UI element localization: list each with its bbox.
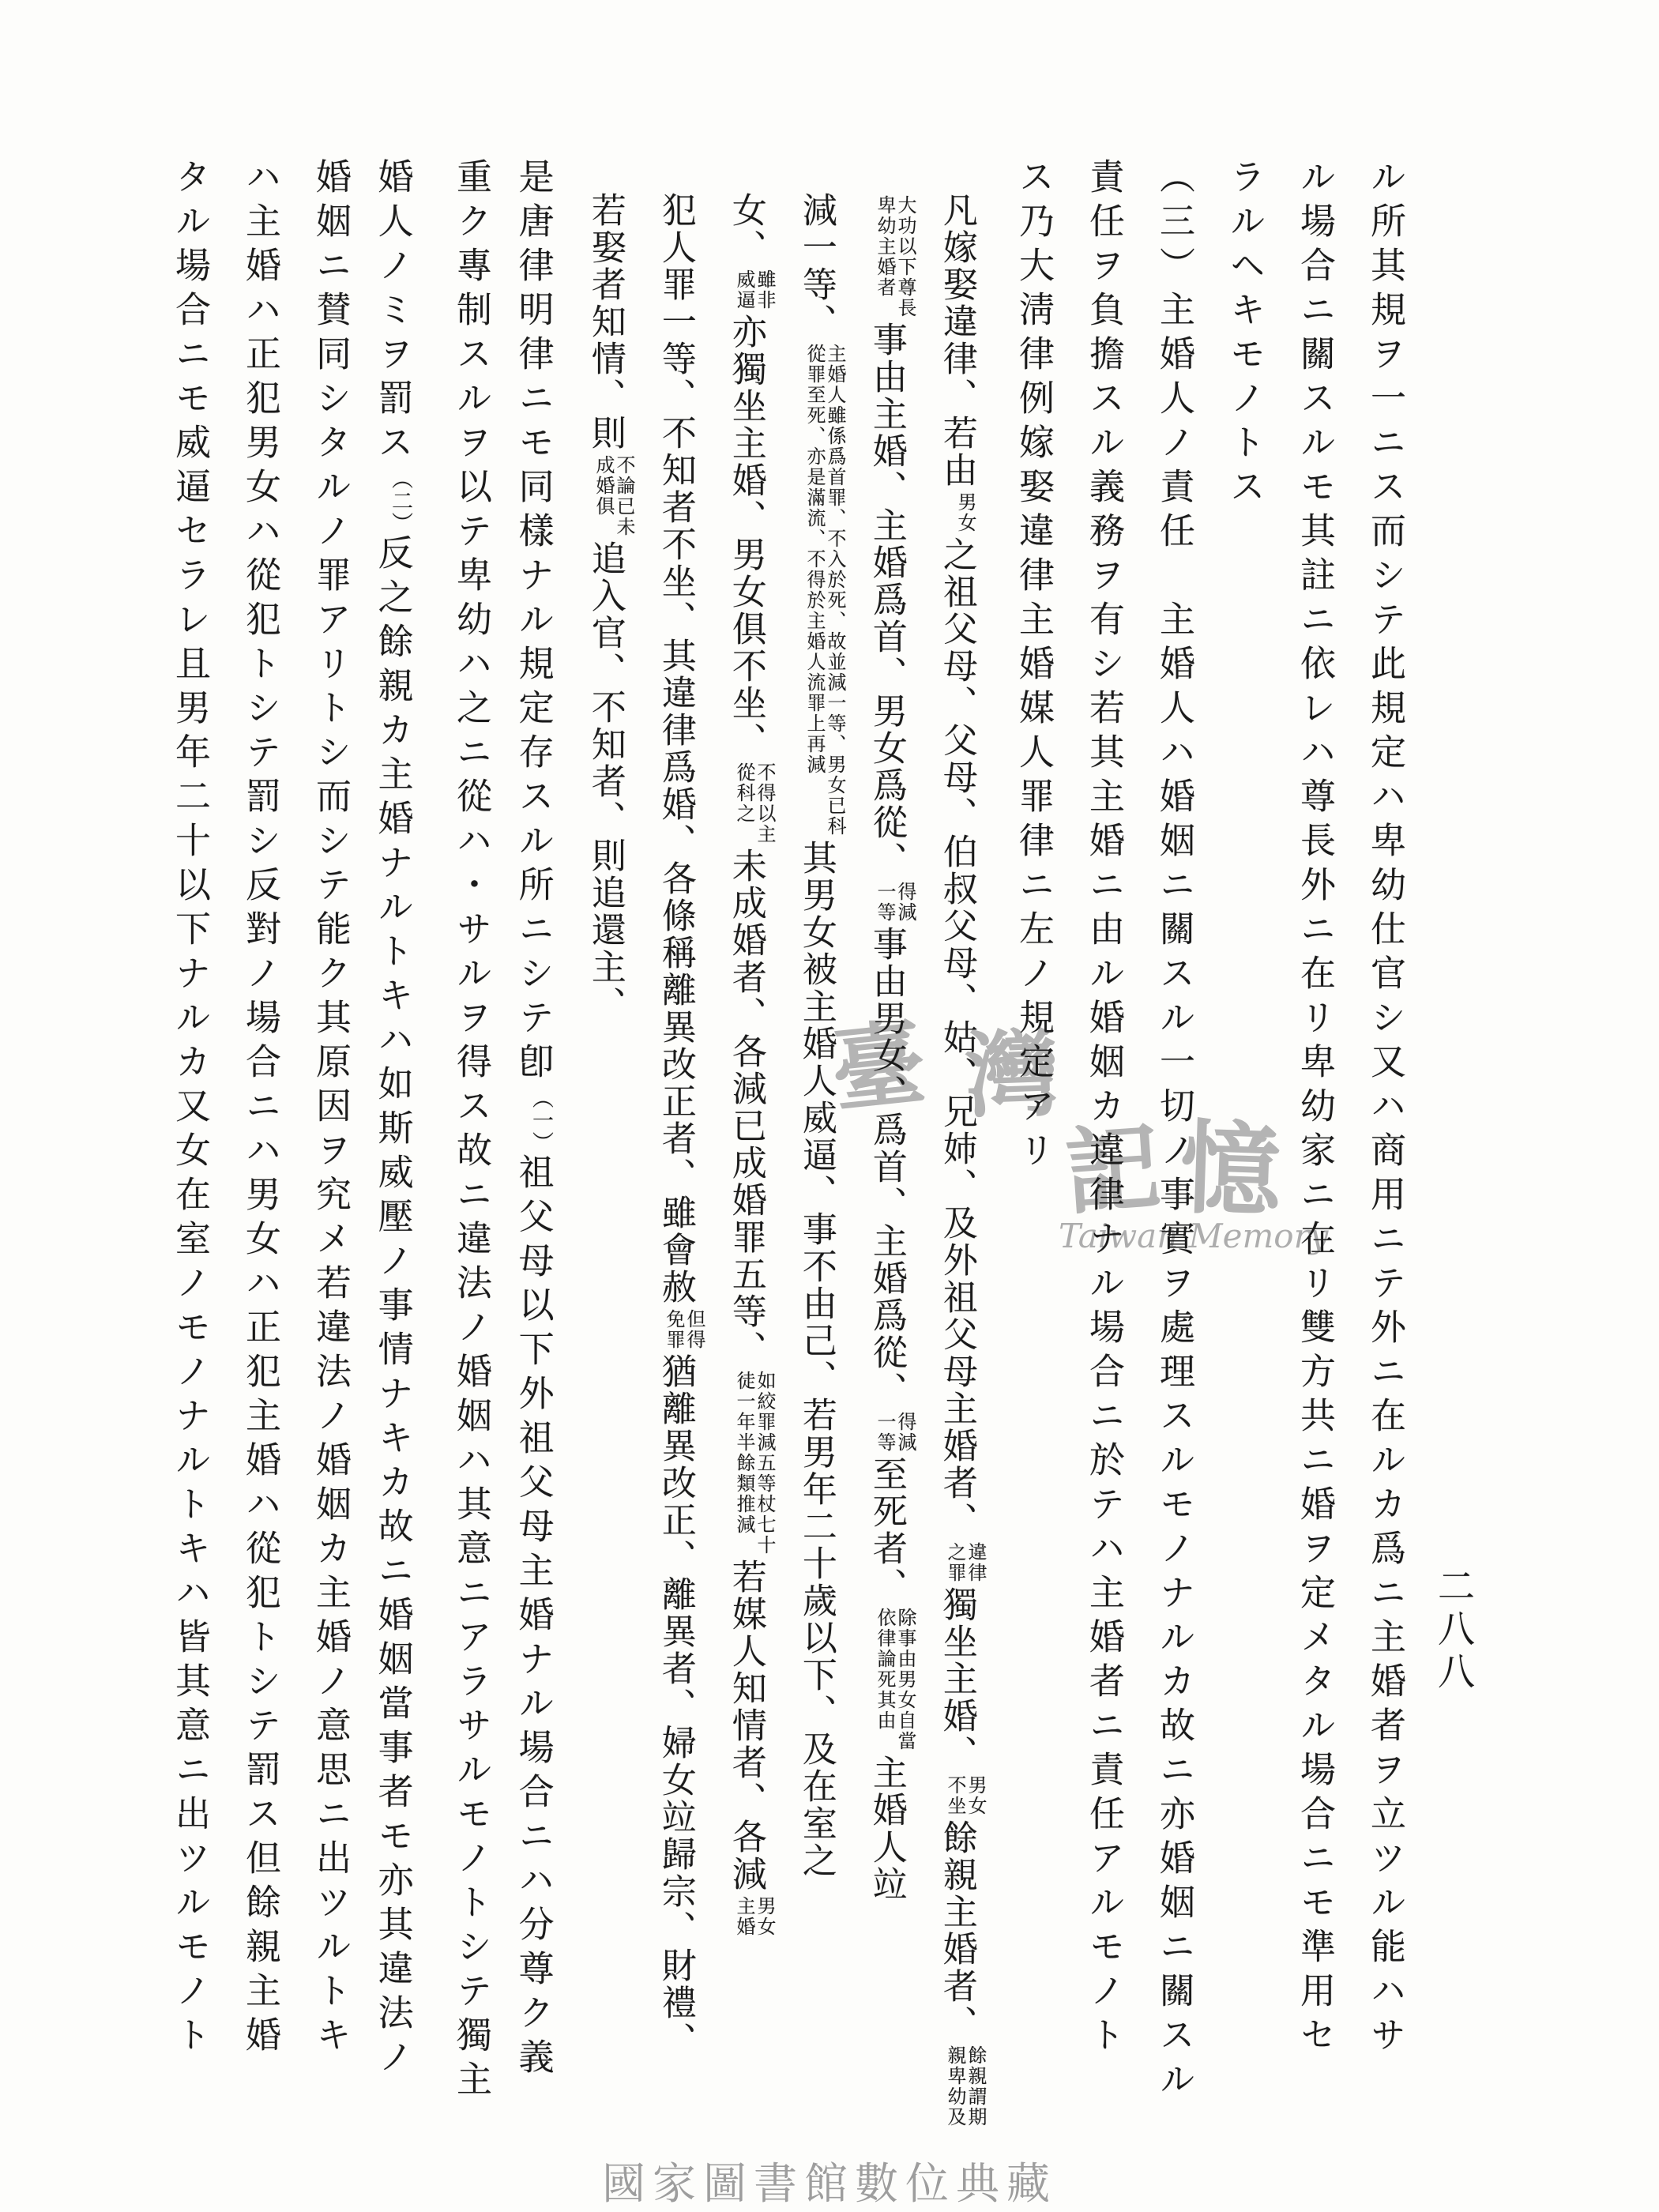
- text-column-15: 婚人ノミヲ罰ス（二）反之餘親カ主婚ナルトキハ如斯威壓ノ事情ナキカ故ニ婚姻當事者モ…: [378, 158, 423, 2082]
- column-text-run: 獨坐主婚、: [938, 1586, 976, 1772]
- text-column-3: ラルヘキモノトス: [1222, 158, 1266, 512]
- column-text-run: 犯人罪一等、不知者不坐、其違律爲婚、各條稱離異改正者、雖會赦: [656, 192, 695, 1306]
- interlinear-note: 違律之罪: [944, 1542, 985, 1583]
- text-column-13: 是唐律明律ニモ同樣ナル規定存スル所ニシテ卽（一）祖父母以下外祖父母主婚ナル場合ニ…: [519, 158, 563, 2082]
- text-column-12: 若娶者知情、則不論已未成婚俱追入官、不知者、則追還主、: [589, 192, 634, 1023]
- text-column-10: 女、雖非威逼亦獨坐主婚、男女俱不坐、不得以主從科之未成婚者、各減已成婚罪五等、如…: [730, 192, 774, 1940]
- column-text-run: 祖父母以下外祖父母主婚ナル場合ニハ分尊ク義: [513, 1153, 553, 2082]
- column-text-run: 事由主婚、主婚爲首、男女爲從、: [867, 322, 906, 878]
- text-column-14: 重ク專制スルヲ以テ卑幼ハ之ニ從ハ・サルヲ得ス故ニ違法ノ婚姻ハ其意ニアラサルモノト…: [449, 158, 493, 2105]
- note-left-subcolumn: 從科之: [733, 762, 754, 845]
- note-right-subcolumn: 違律: [965, 1542, 985, 1583]
- column-text-run: 猶離異改正、離異者、婦女竝歸宗、財禮、: [656, 1353, 695, 2059]
- note-left-subcolumn: 依律論死其由: [874, 1608, 894, 1751]
- note-left-subcolumn: 成婚俱: [592, 455, 613, 537]
- note-left-subcolumn: 一等: [874, 1412, 894, 1453]
- text-column-9: 減一等、主婚人雖係爲首罪、不入於死、故並減一等、男女已科從罪至死、亦是滿流、不得…: [800, 192, 845, 1879]
- interlinear-note: 但得免罪: [663, 1309, 704, 1350]
- column-text-run: 是唐律明律ニモ同樣ナル規定存スル所ニシテ卽: [513, 158, 553, 1087]
- note-right-subcolumn: 餘親謂期: [965, 2045, 985, 2127]
- text-column-7: 凡嫁娶違律、若由男女之祖父母、父母、伯叔父母、姑、兄姉、及外祖父母主婚者、違律之…: [941, 192, 985, 2131]
- interlinear-note: 雖非威逼: [733, 269, 774, 310]
- text-column-5: 責任ヲ負擔スル義務ヲ有シ若其主婚ニ由ル婚姻カ違律ナル場合ニ於テハ主婚者ニ責任アル…: [1082, 158, 1126, 2060]
- column-text-run: （三）主婚人ノ責任 主婚人ハ婚姻ニ關スル一切ノ事實ヲ處理スルモノナルカ故ニ亦婚姻…: [1154, 158, 1194, 2105]
- note-right-subcolumn: 男女: [754, 1896, 774, 1937]
- interlinear-note: 如絞罪減五等杖七十徒一年半餘類推減: [733, 1371, 774, 1556]
- note-left-subcolumn: 徒一年半餘類推減: [733, 1371, 754, 1556]
- column-text-run: 婚人ノミヲ罰ス: [373, 158, 412, 468]
- text-column-17: ハ主婚ハ正犯男女ハ從犯トシテ罰シ反對ノ場合ニハ男女ハ正犯主婚ハ從犯トシテ罰ス但餘…: [238, 158, 282, 2060]
- interlinear-note: 男女主婚: [733, 1896, 774, 1937]
- interlinear-note: 男女: [954, 492, 975, 533]
- note-right-subcolumn: 男女: [954, 492, 975, 533]
- note-left-subcolumn: 一等: [874, 882, 894, 923]
- interlinear-note: 大功以下尊長卑幼主婚者: [874, 195, 915, 318]
- column-text-run: 至死者、: [867, 1456, 906, 1604]
- text-column-8: 大功以下尊長卑幼主婚者事由主婚、主婚爲首、男女爲從、得減一等事由男女、爲首、主婚…: [871, 192, 915, 1903]
- interlinear-note: 不得以主從科之: [733, 762, 774, 845]
- item-number-marker: （二）: [389, 468, 412, 534]
- note-right-subcolumn: 不論已未: [613, 455, 634, 537]
- column-text-run: タル場合ニモ威逼セラレ且男年二十以下ナルカ又女在室ノモノナルトキハ皆其意ニ出ツル…: [170, 158, 209, 2060]
- note-right-subcolumn: 主婚人雖係爲首罪、不入於死、故並減一等、男女已科: [824, 344, 845, 837]
- column-text-run: ラルヘキモノトス: [1224, 158, 1264, 512]
- column-text-run: ハ主婚ハ正犯男女ハ從犯トシテ罰シ反對ノ場合ニハ男女ハ正犯主婚ハ從犯トシテ罰ス但餘…: [240, 158, 280, 2060]
- column-text-run: 亦獨坐主婚、男女俱不坐、: [727, 314, 766, 759]
- note-left-subcolumn: 之罪: [944, 1542, 965, 1583]
- column-text-run: 凡嫁娶違律、若由: [938, 192, 976, 489]
- interlinear-note: 得減一等: [874, 1412, 915, 1453]
- text-column-6: ス乃大淸律例嫁娶違律主婚媒人罪律ニ左ノ規定アリ: [1011, 158, 1055, 1176]
- note-left-subcolumn: 主婚: [733, 1896, 754, 1937]
- column-text-run: 未成婚者、各減已成婚罪五等、: [727, 848, 766, 1367]
- column-text-run: 反之餘親カ主婚ナルトキハ如斯威壓ノ事情ナキカ故ニ婚姻當事者モ亦其違法ノ: [373, 534, 412, 2082]
- note-right-subcolumn: 大功以下尊長: [894, 195, 915, 318]
- page-number: 二八八: [1427, 1567, 1480, 1695]
- column-text-run: ル場合ニ關スルモ其註ニ依レハ尊長外ニ在リ卑幼家ニ在リ雙方共ニ婚ヲ定メタル場合ニモ…: [1295, 158, 1334, 2060]
- text-column-16: 婚姻ニ賛同シタルノ罪アリトシ而シテ能ク其原因ヲ究メ若違法ノ婚姻カ主婚ノ意思ニ出ツ…: [308, 158, 352, 2060]
- column-text-run: 若媒人知情者、各減: [727, 1559, 766, 1893]
- note-left-subcolumn: 親卑幼及: [944, 2045, 965, 2127]
- note-left-subcolumn: 免罪: [663, 1309, 683, 1350]
- note-left-subcolumn: 從罪至死、亦是滿流、不得於主婚人流罪上再減: [803, 344, 824, 837]
- column-text-run: 減一等、: [797, 192, 836, 340]
- note-right-subcolumn: 男女: [965, 1775, 985, 1816]
- note-right-subcolumn: 雖非: [754, 269, 774, 310]
- note-left-subcolumn: 不坐: [944, 1775, 965, 1816]
- text-column-18: タル場合ニモ威逼セラレ且男年二十以下ナルカ又女在室ノモノナルトキハ皆其意ニ出ツル…: [167, 158, 212, 2060]
- interlinear-note: 男女不坐: [944, 1775, 985, 1816]
- interlinear-note: 不論已未成婚俱: [592, 455, 634, 537]
- footer-caption: 國家圖書館數位典藏: [602, 2149, 1057, 2211]
- column-text-run: 女、: [727, 192, 766, 266]
- column-text-run: 若娶者知情、則: [586, 192, 625, 452]
- note-right-subcolumn: 如絞罪減五等杖七十: [754, 1371, 774, 1556]
- column-text-run: 之祖父母、父母、伯叔父母、姑、兄姉、及外祖父母主婚者、: [938, 536, 976, 1539]
- column-text-run: 追入官、不知者、則追還主、: [586, 540, 625, 1023]
- item-number-marker: （一）: [529, 1087, 553, 1153]
- interlinear-note: 得減一等: [874, 882, 915, 923]
- document-page: 臺 灣 記 憶 Taiwan Memory ル所其規ヲ一ニス而シテ此規定ハ卑幼仕…: [0, 0, 1659, 2212]
- column-text-run: 其男女被主婚人威逼、事不由己、若男年二十歲以下、及在室之: [797, 840, 836, 1879]
- column-text-run: 重ク專制スルヲ以テ卑幼ハ之ニ從ハ・サルヲ得ス故ニ違法ノ婚姻ハ其意ニアラサルモノト…: [451, 158, 491, 2105]
- interlinear-note: 主婚人雖係爲首罪、不入於死、故並減一等、男女已科從罪至死、亦是滿流、不得於主婚人…: [803, 344, 845, 837]
- text-column-4: （三）主婚人ノ責任 主婚人ハ婚姻ニ關スル一切ノ事實ヲ處理スルモノナルカ故ニ亦婚姻…: [1152, 158, 1196, 2105]
- column-text-run: 主婚人竝: [867, 1755, 906, 1903]
- column-text-run: 婚姻ニ賛同シタルノ罪アリトシ而シテ能ク其原因ヲ究メ若違法ノ婚姻カ主婚ノ意思ニ出ツ…: [310, 158, 350, 2060]
- column-text-run: 責任ヲ負擔スル義務ヲ有シ若其主婚ニ由ル婚姻カ違律ナル場合ニ於テハ主婚者ニ責任アル…: [1084, 158, 1123, 2060]
- text-column-2: ル場合ニ關スルモ其註ニ依レハ尊長外ニ在リ卑幼家ニ在リ雙方共ニ婚ヲ定メタル場合ニモ…: [1292, 158, 1337, 2060]
- note-right-subcolumn: 得減: [894, 1412, 915, 1453]
- column-text-run: 事由男女、爲首、主婚爲從、: [867, 926, 906, 1409]
- text-column-11: 犯人罪一等、不知者不坐、其違律爲婚、各條稱離異改正者、雖會赦但得免罪猶離異改正、…: [660, 192, 704, 2059]
- note-right-subcolumn: 得減: [894, 882, 915, 923]
- column-text-run: ス乃大淸律例嫁娶違律主婚媒人罪律ニ左ノ規定アリ: [1014, 158, 1053, 1176]
- note-right-subcolumn: 不得以主: [754, 762, 774, 845]
- interlinear-note: 除事由男女自當依律論死其由: [874, 1608, 915, 1751]
- text-column-1: ル所其規ヲ一ニス而シテ此規定ハ卑幼仕官シ又ハ商用ニテ外ニ在ルカ爲ニ主婚者ヲ立ツル…: [1363, 158, 1407, 2060]
- note-right-subcolumn: 除事由男女自當: [894, 1608, 915, 1751]
- column-text-run: ル所其規ヲ一ニス而シテ此規定ハ卑幼仕官シ又ハ商用ニテ外ニ在ルカ爲ニ主婚者ヲ立ツル…: [1365, 158, 1405, 2060]
- column-text-run: 餘親主婚者、: [938, 1819, 976, 2042]
- note-right-subcolumn: 但得: [683, 1309, 704, 1350]
- note-left-subcolumn: 威逼: [733, 269, 754, 310]
- note-left-subcolumn: 卑幼主婚者: [874, 195, 894, 318]
- interlinear-note: 餘親謂期親卑幼及: [944, 2045, 985, 2127]
